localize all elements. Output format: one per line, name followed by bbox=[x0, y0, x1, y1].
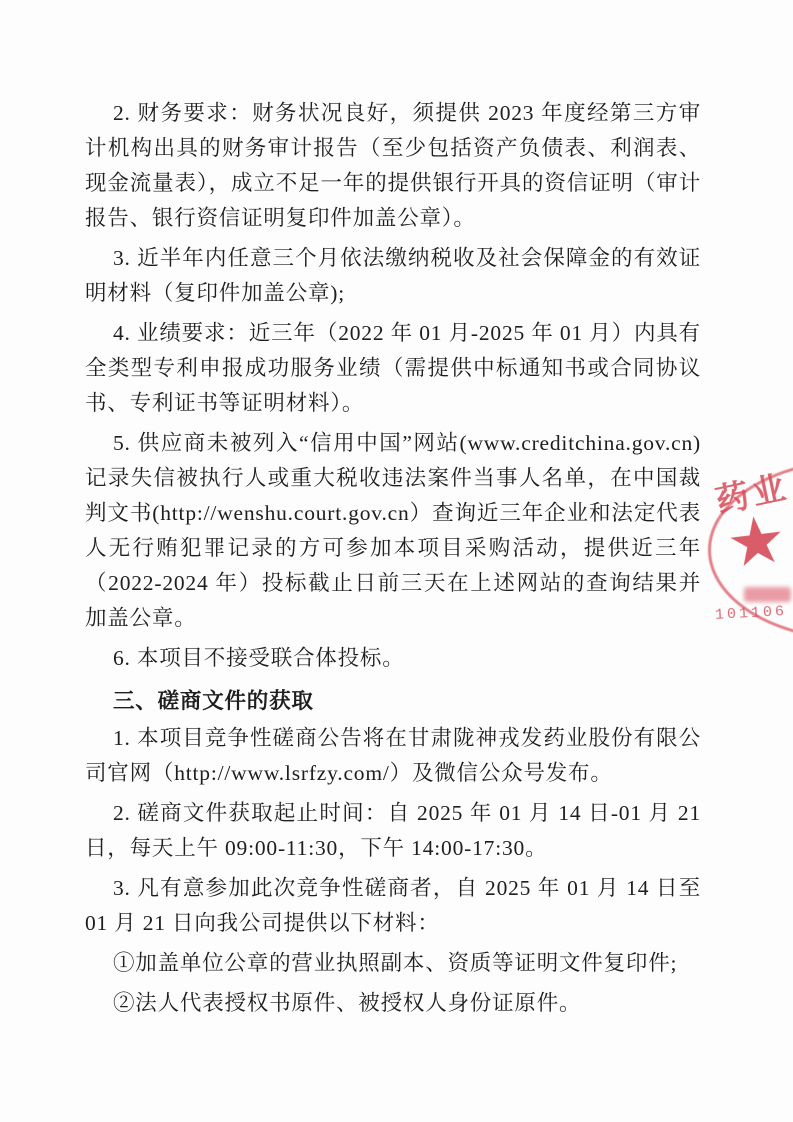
seal-text: 药业 bbox=[711, 461, 793, 522]
paragraph: 1. 本项目竞争性磋商公告将在甘肃陇神戎发药业股份有限公司官网（http://w… bbox=[85, 721, 701, 791]
seal-smudge bbox=[744, 587, 791, 602]
document-page: 2. 财务要求：财务状况良好，须提供 2023 年度经第三方审计机构出具的财务审… bbox=[0, 0, 793, 1122]
paragraph: 3. 近半年内任意三个月依法缴纳税收及社会保障金的有效证明材料（复印件加盖公章)… bbox=[85, 241, 701, 311]
company-seal: 药业 ★ 101106 bbox=[702, 448, 793, 654]
section-heading: 三、磋商文件的获取 bbox=[85, 684, 701, 719]
seal-number: 101106 bbox=[715, 603, 788, 624]
paragraph: 6. 本项目不接受联合体投标。 bbox=[85, 641, 701, 676]
document-content: 2. 财务要求：财务状况良好，须提供 2023 年度经第三方审计机构出具的财务审… bbox=[85, 96, 701, 1026]
paragraph: ①加盖单位公章的营业执照副本、资质等证明文件复印件; bbox=[85, 946, 701, 981]
paragraph: 3. 凡有意参加此次竞争性磋商者，自 2025 年 01 月 14 日至 01 … bbox=[85, 871, 701, 941]
paragraph: 4. 业绩要求：近三年（2022 年 01 月-2025 年 01 月）内具有全… bbox=[85, 316, 701, 421]
paragraph: 2. 财务要求：财务状况良好，须提供 2023 年度经第三方审计机构出具的财务审… bbox=[85, 96, 701, 236]
paragraph: 2. 磋商文件获取起止时间：自 2025 年 01 月 14 日-01 月 21… bbox=[85, 796, 701, 866]
paragraph: 5. 供应商未被列入“信用中国”网站(www.creditchina.gov.c… bbox=[85, 426, 701, 636]
star-icon: ★ bbox=[723, 505, 790, 582]
paragraph: ②法人代表授权书原件、被授权人身份证原件。 bbox=[85, 986, 701, 1021]
seal-ring-icon bbox=[708, 459, 793, 641]
